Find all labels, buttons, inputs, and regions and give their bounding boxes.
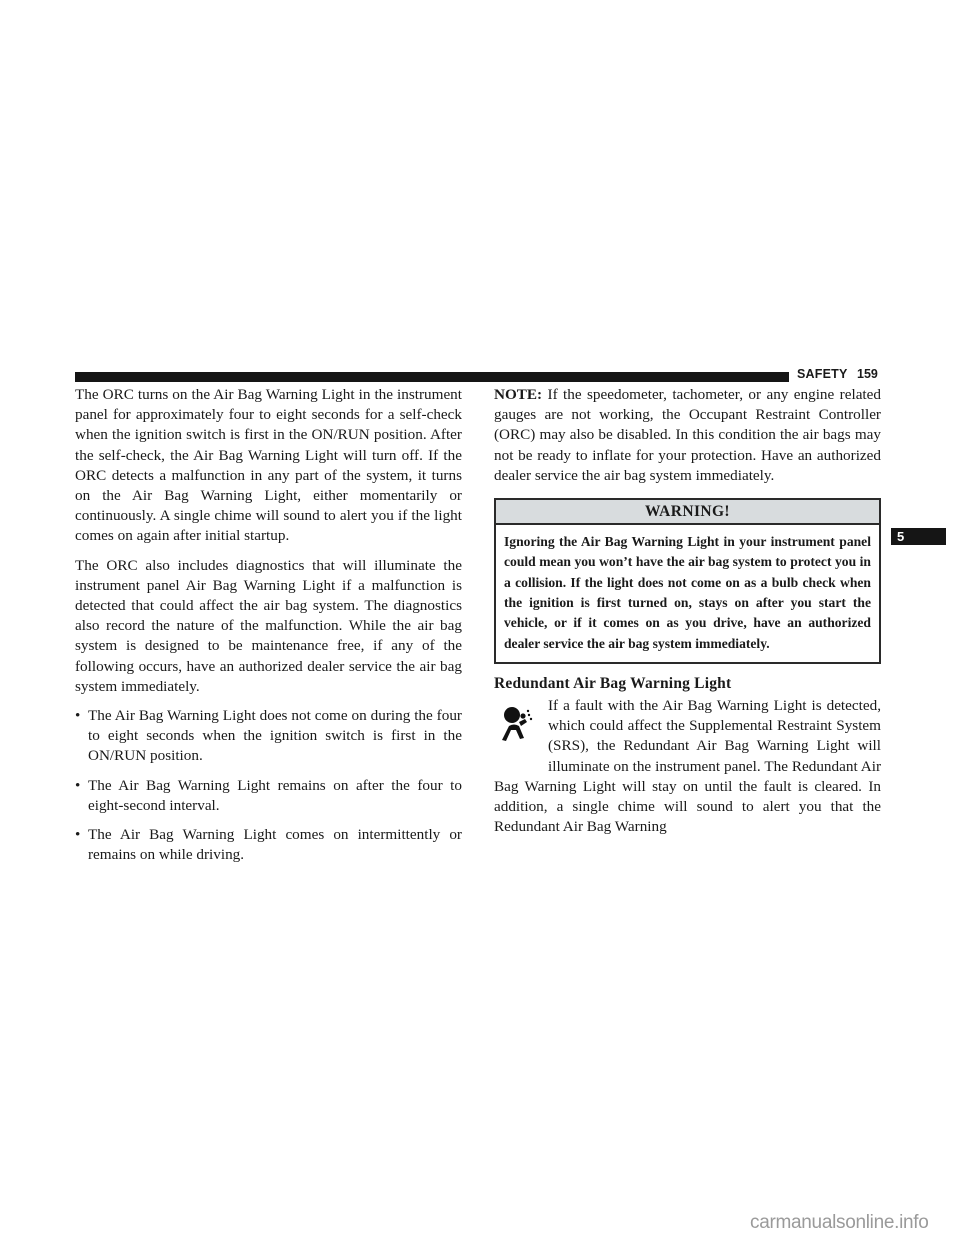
bullet-icon: • <box>75 776 80 796</box>
chapter-tab: 5 <box>891 528 946 545</box>
airbag-warning-icon <box>494 696 544 776</box>
left-column: The ORC turns on the Air Bag Warning Lig… <box>75 385 462 874</box>
note-label: NOTE: <box>494 386 542 403</box>
page-number: 159 <box>857 367 878 381</box>
list-item-text: The Air Bag Warning Light remains on aft… <box>88 777 462 814</box>
bullet-icon: • <box>75 706 80 726</box>
header-rule <box>75 372 789 382</box>
list-item: • The Air Bag Warning Light remains on a… <box>75 776 462 816</box>
warning-body: Ignoring the Air Bag Warning Light in yo… <box>496 525 879 662</box>
section-heading: Redundant Air Bag Warning Light <box>494 674 881 694</box>
redundant-airbag-text: If a fault with the Air Bag Warning Ligh… <box>494 697 881 835</box>
warning-title: WARNING! <box>496 500 879 525</box>
list-item: • The Air Bag Warning Light comes on int… <box>75 825 462 865</box>
running-header-section: SAFETY <box>797 367 848 381</box>
watermark: carmanualsonline.info <box>750 1212 929 1234</box>
paragraph-orc-diagnostics: The ORC also includes diagnostics that w… <box>75 556 462 697</box>
list-item-text: The Air Bag Warning Light comes on inter… <box>88 826 462 863</box>
list-item: • The Air Bag Warning Light does not com… <box>75 706 462 767</box>
redundant-airbag-paragraph: If a fault with the Air Bag Warning Ligh… <box>494 696 881 837</box>
paragraph-orc-self-check: The ORC turns on the Air Bag Warning Lig… <box>75 385 462 547</box>
note-paragraph: NOTE: If the speedometer, tachometer, or… <box>494 385 881 486</box>
note-text: If the speedometer, tachometer, or any e… <box>494 386 881 484</box>
list-item-text: The Air Bag Warning Light does not come … <box>88 707 462 764</box>
bullet-icon: • <box>75 825 80 845</box>
warning-box: WARNING! Ignoring the Air Bag Warning Li… <box>494 498 881 664</box>
right-column: NOTE: If the speedometer, tachometer, or… <box>494 385 881 846</box>
malfunction-list: • The Air Bag Warning Light does not com… <box>75 706 462 865</box>
